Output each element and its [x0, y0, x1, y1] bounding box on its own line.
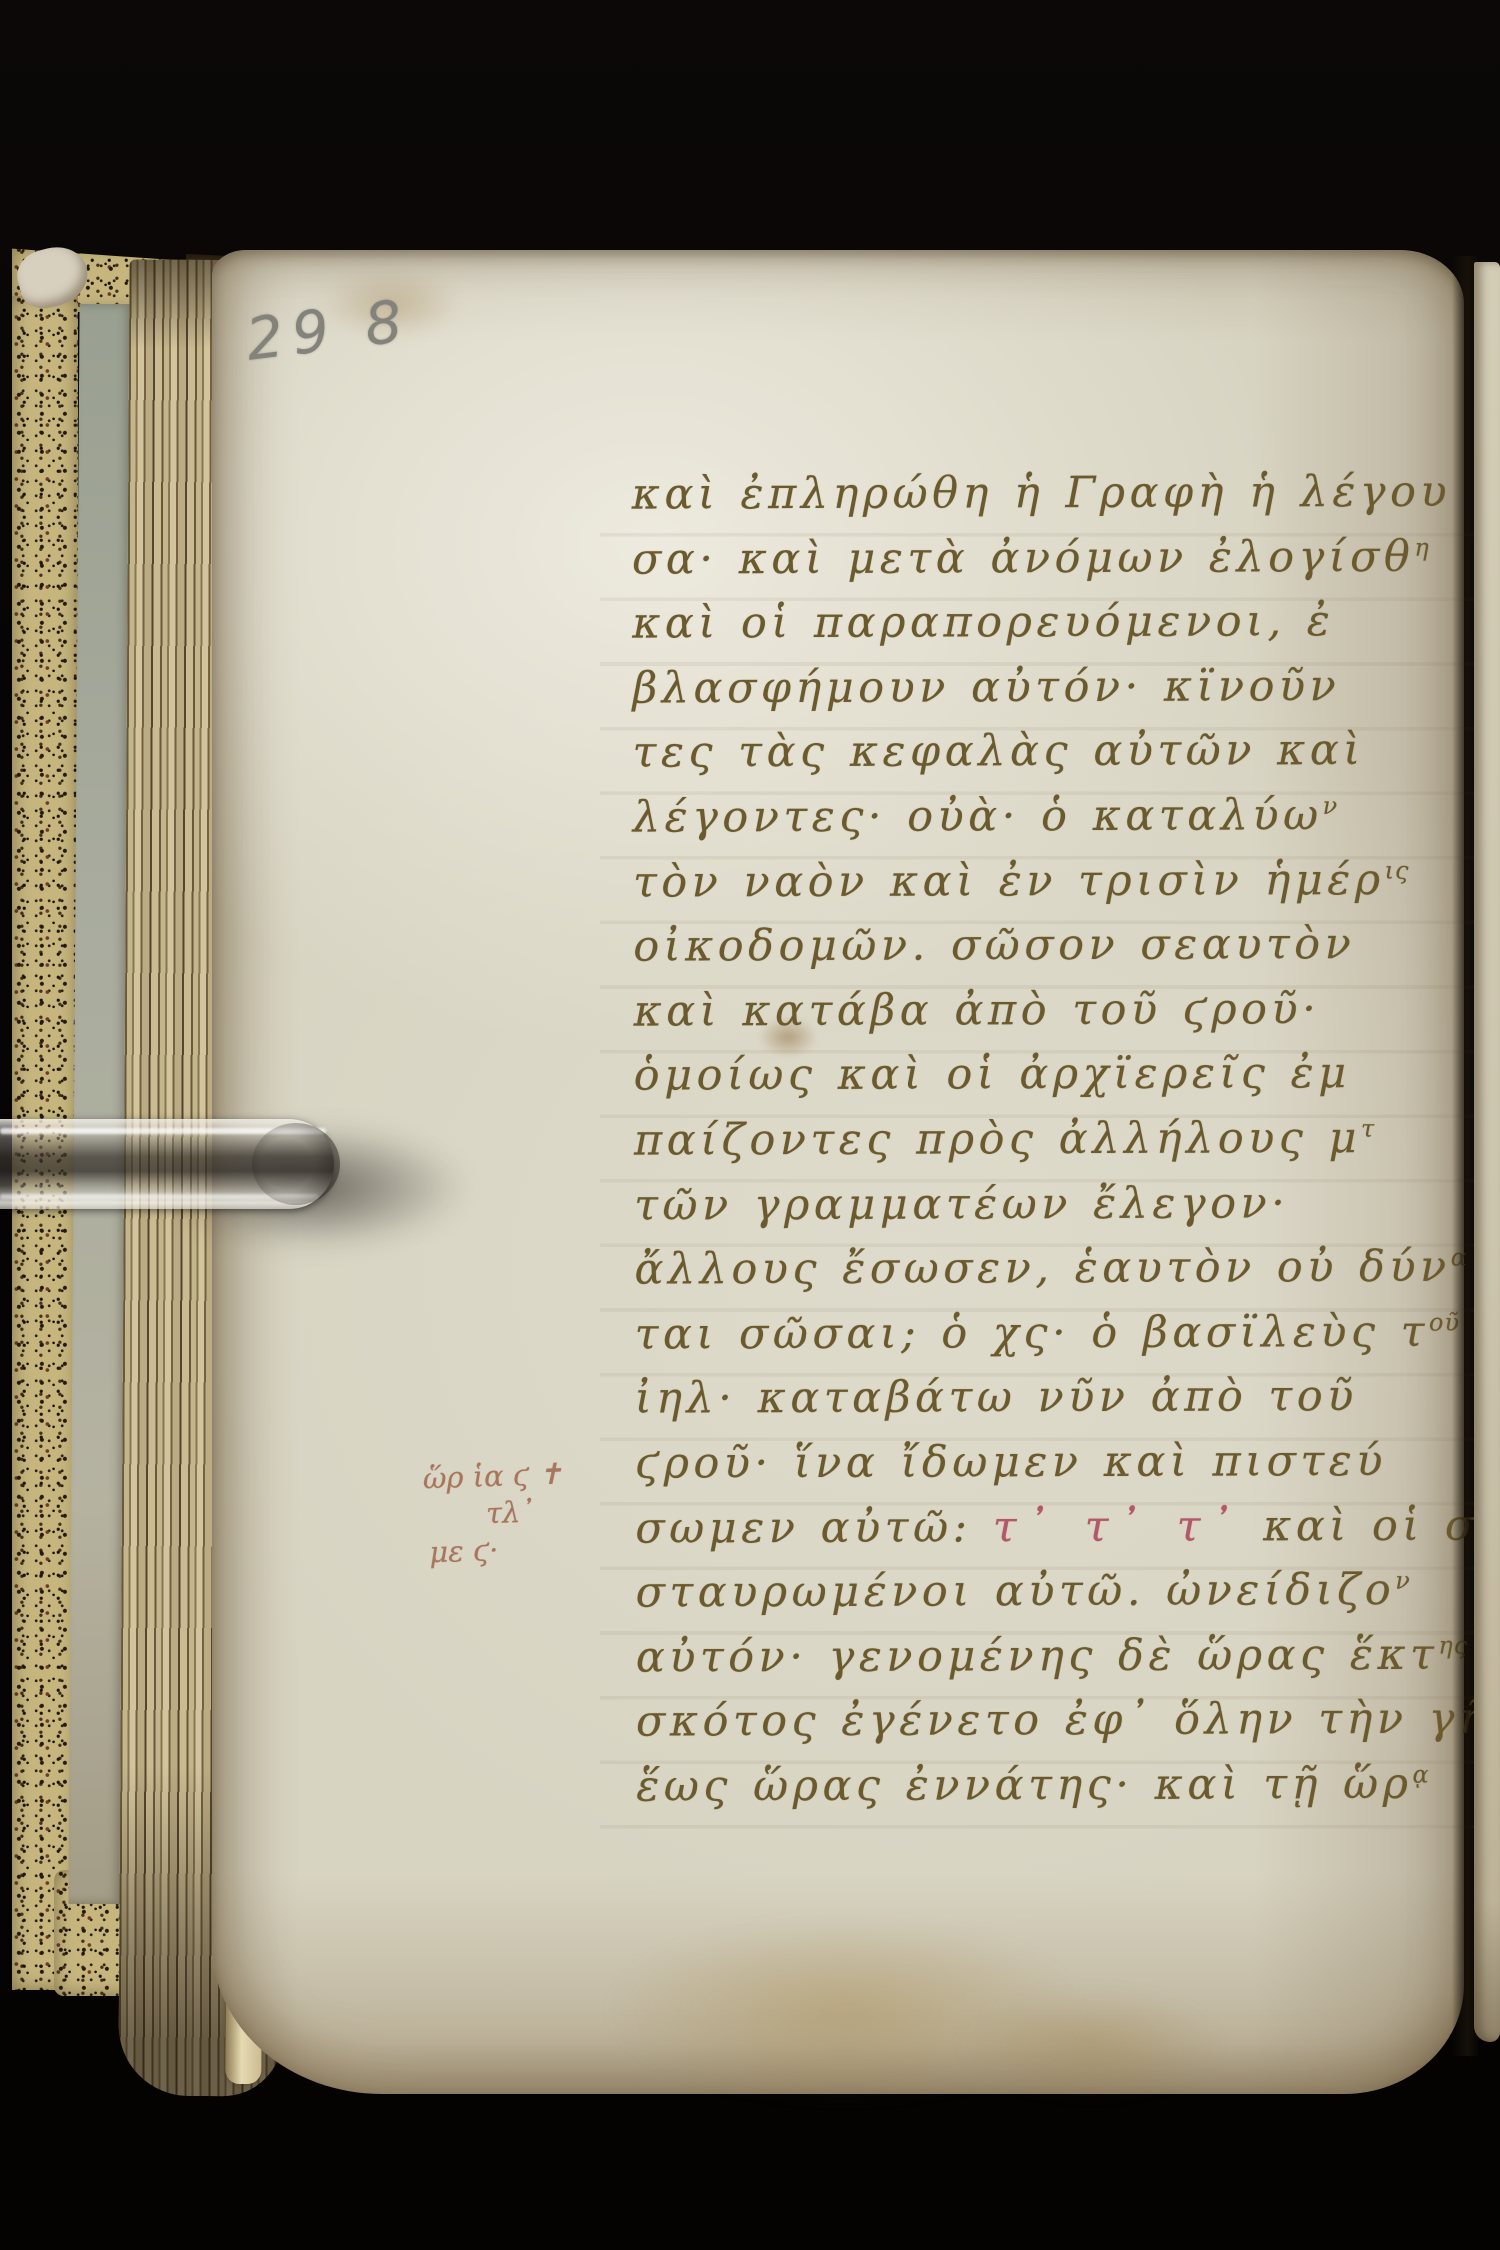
text-line: λέγοντες· οὐὰ· ὁ καταλύων [633, 789, 1500, 857]
text-line: τὸν ναὸν καὶ ἐν τρισὶν ἡμέρις [633, 854, 1500, 922]
text-line: τες τὰς κεφαλὰς αὐτῶν καὶ [633, 725, 1500, 793]
text-line: καὶ ἐπληρώθη ἡ Γραφὴ ἡ λέγου [632, 466, 1500, 534]
text-line: τῶν γραμματέων ἔλεγον· [634, 1177, 1500, 1245]
text-line: βλασφήμουν αὐτόν· κϊνοῦν [632, 660, 1500, 728]
text-line: παίζοντες πρὸς ἀλλήλους μτ [634, 1112, 1500, 1180]
text-line: οἰκοδομῶν. σῶσον σεαυτὸν [633, 919, 1500, 987]
text-line: αὐτόν· γενομένης δὲ ὥρας ἕκτης [636, 1629, 1500, 1697]
manuscript-photo: 29 8 καὶ ἐπληρώθη ἡ Γραφὴ ἡ λέγουσα· καὶ… [0, 0, 1500, 2250]
text-line: ἕως ὥρας ἐννάτης· καὶ τῇ ὥρᾳ [636, 1758, 1500, 1826]
text-line: σκότος ἐγένετο ἐφ᾽ ὅλην τὴν γῆν [636, 1694, 1500, 1762]
rod-rounded-tip [252, 1123, 340, 1205]
text-line: ται σῶσαι; ὁ χς· ὁ βασϊλεὺς τοῦ [635, 1306, 1500, 1374]
margin-note-line: ὥρ ἱα ϛ ✝ [422, 1456, 563, 1498]
text-line: ἰηλ· καταβάτω νῦν ἀπὸ τοῦ [635, 1371, 1500, 1439]
text-line: ϛροῦ· ἵνα ἴδωμεν καὶ πιστεύ [635, 1435, 1500, 1503]
text-line: καὶ οἱ παραπορευόμενοι, ἐ [632, 596, 1500, 664]
margin-rubric-note: ὥρ ἱα ϛ ✝τλ᾽με ϛ· [422, 1456, 566, 1572]
facing-page-edge [1474, 262, 1500, 2042]
margin-note-line: με ϛ· [429, 1530, 566, 1572]
text-line: σα· καὶ μετὰ ἀνόμων ἐλογίσθη [632, 531, 1500, 599]
text-line: καὶ κατάβα ἀπὸ τοῦ ϛροῦ· [633, 983, 1500, 1051]
text-line: σταυρωμένοι αὐτῶ. ὠνείδιζον [635, 1564, 1500, 1632]
text-line: ὁμοίως καὶ οἱ ἀρχϊερεῖς ἐμ [634, 1048, 1500, 1116]
greek-text-block: καὶ ἐπληρώθη ἡ Γραφὴ ἡ λέγουσα· καὶ μετὰ… [632, 466, 1500, 1826]
margin-note-line: τλ᾽ [485, 1493, 564, 1533]
text-line: ἄλλους ἔσωσεν, ἑαυτὸν οὐ δύνα [634, 1241, 1500, 1309]
text-line: σωμεν αὐτῶ: τ᾽ τ᾽ τ᾽ καὶ οἱ συνε [635, 1500, 1500, 1568]
stain-bottom-2 [960, 1988, 1220, 2098]
